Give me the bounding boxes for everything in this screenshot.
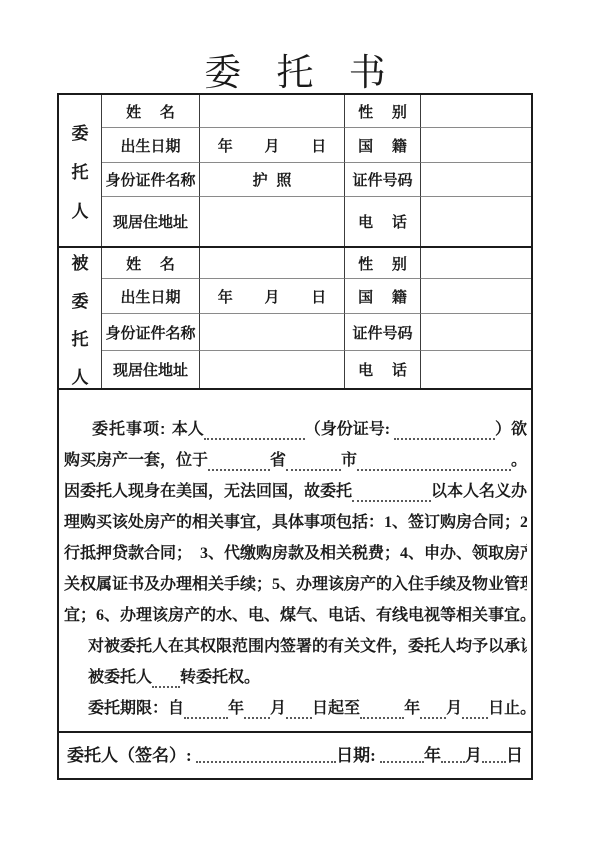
blank-line [462, 717, 488, 719]
text-segment: 省 [270, 445, 286, 476]
agent-birthdate-label: 出生日期 [102, 279, 200, 314]
blank-line [204, 438, 305, 440]
matters-line: 购买房产一套，位于省市。 [64, 445, 527, 476]
text-segment: 委托人（签名）: [67, 744, 196, 768]
blank-line [184, 717, 228, 719]
text-segment: 年 [404, 693, 420, 724]
matters-line: 因委托人现身在美国，无法回国，故委托以本人名义办 [64, 476, 527, 507]
agent-nationality-label: 国 籍 [345, 279, 421, 314]
text-segment: 委托事项: [92, 414, 172, 445]
agent-nationality-value [421, 279, 531, 314]
principal-gender-value [421, 95, 531, 128]
text-segment: 日 [506, 744, 523, 768]
agent-id-doc-value [200, 314, 345, 351]
principal-char: 托 [72, 158, 89, 183]
principal-section: 委 托 人 姓 名 性 别 出生日期 年 月 日 国 籍 身份证件名称 护 照 … [59, 95, 531, 246]
principal-phone-label: 电 话 [345, 197, 421, 246]
principal-id-doc-label: 身份证件名称 [102, 163, 200, 197]
blank-line [380, 761, 424, 763]
principal-id-number-value [421, 163, 531, 197]
text-segment: 年 [228, 693, 244, 724]
matters-line: 宜；6、办理该房产的水、电、煤气、电话、有线电视等相关事宜。 [64, 600, 527, 631]
text-segment: 日止。 [488, 693, 527, 724]
agent-char: 被 [72, 249, 89, 274]
matters-line: 行抵押贷款合同； 3、代缴购房款及相关税费；4、申办、领取房产证、相 [64, 538, 527, 569]
text-segment: 日起至 [312, 693, 360, 724]
principal-phone-value [421, 197, 531, 246]
agent-char: 托 [72, 325, 89, 350]
agent-gender-value [421, 248, 531, 279]
matters-line: 关权属证书及办理相关手续；5、办理该房产的入住手续及物业管理相关事 [64, 569, 527, 600]
matters-line: 理购买该处房产的相关事宜，具体事项包括：1、签订购房合同；2、签订银 [64, 507, 527, 538]
agent-id-number-label: 证件号码 [345, 314, 421, 351]
agent-name-label: 姓 名 [102, 248, 200, 279]
principal-id-doc-value: 护 照 [200, 163, 345, 197]
blank-line [441, 761, 465, 763]
principal-char: 人 [72, 197, 89, 222]
text-segment: ）欲 [495, 414, 527, 445]
principal-id-number-label: 证件号码 [345, 163, 421, 197]
text-segment: 本人 [172, 414, 204, 445]
text-segment: 。 [511, 445, 527, 476]
text-segment: 以本人名义办 [431, 476, 527, 507]
blank-line [394, 438, 495, 440]
principal-address-label: 现居住地址 [102, 197, 200, 246]
document-title: 委 托 书 [57, 42, 533, 96]
text-segment: 市 [341, 445, 357, 476]
text-segment: 购买房产一套，位于 [64, 445, 208, 476]
principal-char: 委 [72, 119, 89, 144]
principal-birthdate-label: 出生日期 [102, 128, 200, 163]
agent-name-value [200, 248, 345, 279]
matters-line: 被委托人转委托权。 [64, 662, 527, 693]
text-segment: 被委托人 [88, 662, 152, 693]
principal-name-value [200, 95, 345, 128]
agent-vertical-label: 被 委 托 人 [59, 248, 102, 388]
blank-line [420, 717, 446, 719]
blank-line [357, 469, 511, 471]
matters-line: 对被委托人在其权限范围内签署的有关文件，委托人均予以承认。 [64, 631, 527, 662]
agent-birthdate-value: 年 月 日 [200, 279, 345, 314]
text-segment: 月 [270, 693, 286, 724]
authorization-form: 委 托 人 姓 名 性 别 出生日期 年 月 日 国 籍 身份证件名称 护 照 … [57, 93, 533, 780]
agent-phone-label: 电 话 [345, 351, 421, 388]
blank-line [196, 761, 336, 763]
blank-line [286, 717, 312, 719]
text-segment: 转委托权。 [180, 662, 260, 693]
text-segment: 月 [465, 744, 482, 768]
agent-phone-value [421, 351, 531, 388]
matters-paragraph: 委托事项: 本人（身份证号: ）欲购买房产一套，位于省市。因委托人现身在美国，无… [59, 388, 531, 731]
principal-name-label: 姓 名 [102, 95, 200, 128]
text-segment: 日期: [336, 744, 380, 768]
blank-line [244, 717, 270, 719]
agent-section: 被 委 托 人 姓 名 性 别 出生日期 年 月 日 国 籍 身份证件名称 证件… [59, 246, 531, 388]
text-segment: （身份证号: [305, 414, 394, 445]
principal-birthdate-value: 年 月 日 [200, 128, 345, 163]
text-segment: 因委托人现身在美国，无法回国，故委托 [64, 476, 352, 507]
agent-char: 委 [72, 287, 89, 312]
text-segment: 年 [424, 744, 441, 768]
text-segment: 委托期限：自 [88, 693, 184, 724]
blank-line [152, 686, 180, 688]
blank-line [286, 469, 341, 471]
principal-nationality-label: 国 籍 [345, 128, 421, 163]
agent-address-label: 现居住地址 [102, 351, 200, 388]
matters-line: 委托事项: 本人（身份证号: ）欲 [64, 414, 527, 445]
matters-line: 委托期限：自年月日起至年月日止。 [64, 693, 527, 724]
page: 委 托 书 委 托 人 姓 名 性 别 出生日期 年 月 日 国 籍 身份证件名… [0, 0, 600, 854]
agent-char: 人 [72, 363, 89, 388]
principal-address-value [200, 197, 345, 246]
principal-vertical-label: 委 托 人 [59, 95, 102, 246]
matters-line: 委托人（签名）: 日期: 年月日 [67, 744, 523, 768]
signature-row: 委托人（签名）: 日期: 年月日 [59, 731, 531, 778]
principal-nationality-value [421, 128, 531, 163]
agent-id-number-value [421, 314, 531, 351]
text-segment: 月 [446, 693, 462, 724]
principal-gender-label: 性 别 [345, 95, 421, 128]
blank-line [482, 761, 506, 763]
agent-id-doc-label: 身份证件名称 [102, 314, 200, 351]
blank-line [208, 469, 270, 471]
agent-address-value [200, 351, 345, 388]
blank-line [360, 717, 404, 719]
blank-line [352, 500, 431, 502]
agent-gender-label: 性 别 [345, 248, 421, 279]
